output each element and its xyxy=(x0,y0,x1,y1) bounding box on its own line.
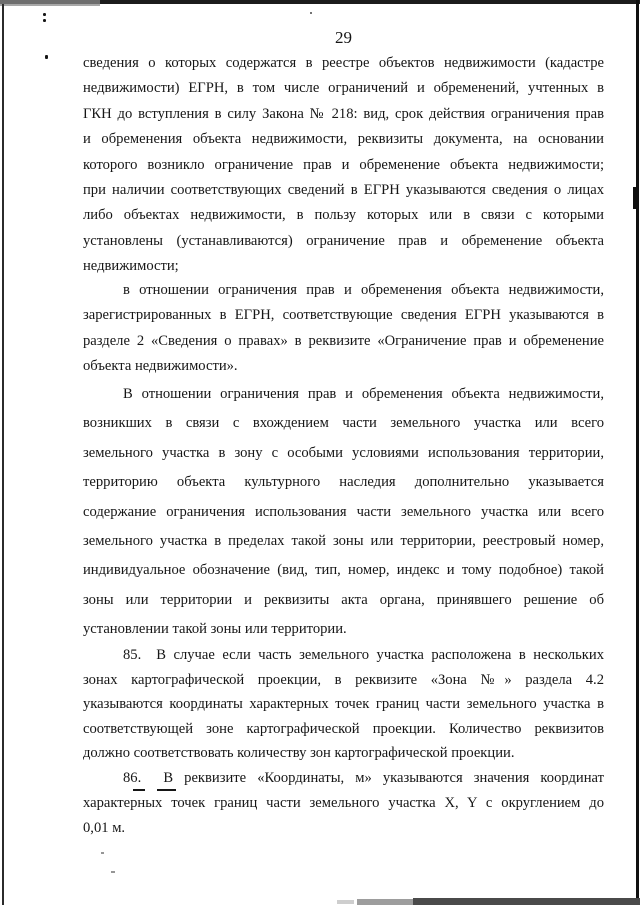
text-line: зарегистрированных в ЕГРН, соответствующ… xyxy=(83,303,604,328)
text-line: содержание ограничения использования час… xyxy=(83,498,604,527)
paragraph: в отношении ограничения прав и обременен… xyxy=(83,278,604,380)
document-page: 29 сведения о которых содержатся в реест… xyxy=(0,0,640,905)
text-line: установлены (устанавливаются) ограничени… xyxy=(83,229,604,254)
text-line: разделе 2 «Сведения о правах» в реквизит… xyxy=(83,329,604,354)
scan-edge-bottom-dark xyxy=(413,898,640,905)
scan-edge-left xyxy=(2,4,4,905)
paragraph: 86. В реквизите «Координаты, м» указываю… xyxy=(83,766,604,841)
text-line: индивидуальное обозначение (вид, тип, но… xyxy=(83,556,604,585)
pen-mark xyxy=(43,13,46,16)
text-line: и обременения объекта недвижимости, рекв… xyxy=(83,127,604,152)
text-line: земельного участка в зону с особыми усло… xyxy=(83,439,604,468)
text-line: установлении такой зоны или территории. xyxy=(83,615,604,644)
text-line: В отношении ограничения прав и обременен… xyxy=(83,380,604,409)
text-line: сведения о которых содержатся в реестре … xyxy=(83,51,604,76)
scan-edge-right xyxy=(636,0,639,905)
page-number: 29 xyxy=(83,28,604,48)
text-line: ГКН до вступления в силу Закона № 218: в… xyxy=(83,102,604,127)
text-line: недвижимости) ЕГРН, в том числе ограниче… xyxy=(83,76,604,101)
text-line: территорию объекта культурного наследия … xyxy=(83,468,604,497)
scan-edge-bottom-dash xyxy=(337,900,354,904)
scan-speck xyxy=(101,852,104,854)
paragraph: сведения о которых содержатся в реестре … xyxy=(83,51,604,280)
text-line: земельного участка в пределах такой зоны… xyxy=(83,527,604,556)
text-line: возникших в связи с вхождением части зем… xyxy=(83,409,604,438)
text-line: 85. В случае если часть земельного участ… xyxy=(83,643,604,668)
pen-mark xyxy=(45,55,48,59)
text-line: в отношении ограничения прав и обременен… xyxy=(83,278,604,303)
paragraph: В отношении ограничения прав и обременен… xyxy=(83,380,604,645)
underline-artifact xyxy=(157,789,176,791)
text-line: 0,01 м. xyxy=(83,816,604,841)
paragraph: 85. В случае если часть земельного участ… xyxy=(83,643,604,766)
text-line: указываются координаты характерных точек… xyxy=(83,692,604,717)
pen-mark xyxy=(43,19,46,22)
scan-speck xyxy=(111,871,115,873)
pen-mark xyxy=(310,12,312,14)
text-line: зоны или территории и реквизиты акта орг… xyxy=(83,586,604,615)
underline-artifact xyxy=(133,789,145,791)
text-line: при наличии соответствующих сведений в Е… xyxy=(83,178,604,203)
text-line: которого возникло ограничение прав и обр… xyxy=(83,153,604,178)
text-line: зонах картографической проекции, в рекви… xyxy=(83,668,604,693)
text-line: 86. В реквизите «Координаты, м» указываю… xyxy=(83,766,604,791)
text-line: характерных точек границ части земельног… xyxy=(83,791,604,816)
text-line: должно соответствовать количеству зон ка… xyxy=(83,741,604,766)
text-line: либо объектах недвижимости, в пользу кот… xyxy=(83,203,604,228)
scan-edge-right-blob xyxy=(633,187,637,209)
scan-edge-top-gray xyxy=(0,0,100,6)
text-line: недвижимости; xyxy=(83,254,604,279)
text-line: объекта недвижимости». xyxy=(83,354,604,379)
text-line: соответствующей зоне картографической пр… xyxy=(83,717,604,742)
scan-edge-bottom-light xyxy=(357,899,413,905)
